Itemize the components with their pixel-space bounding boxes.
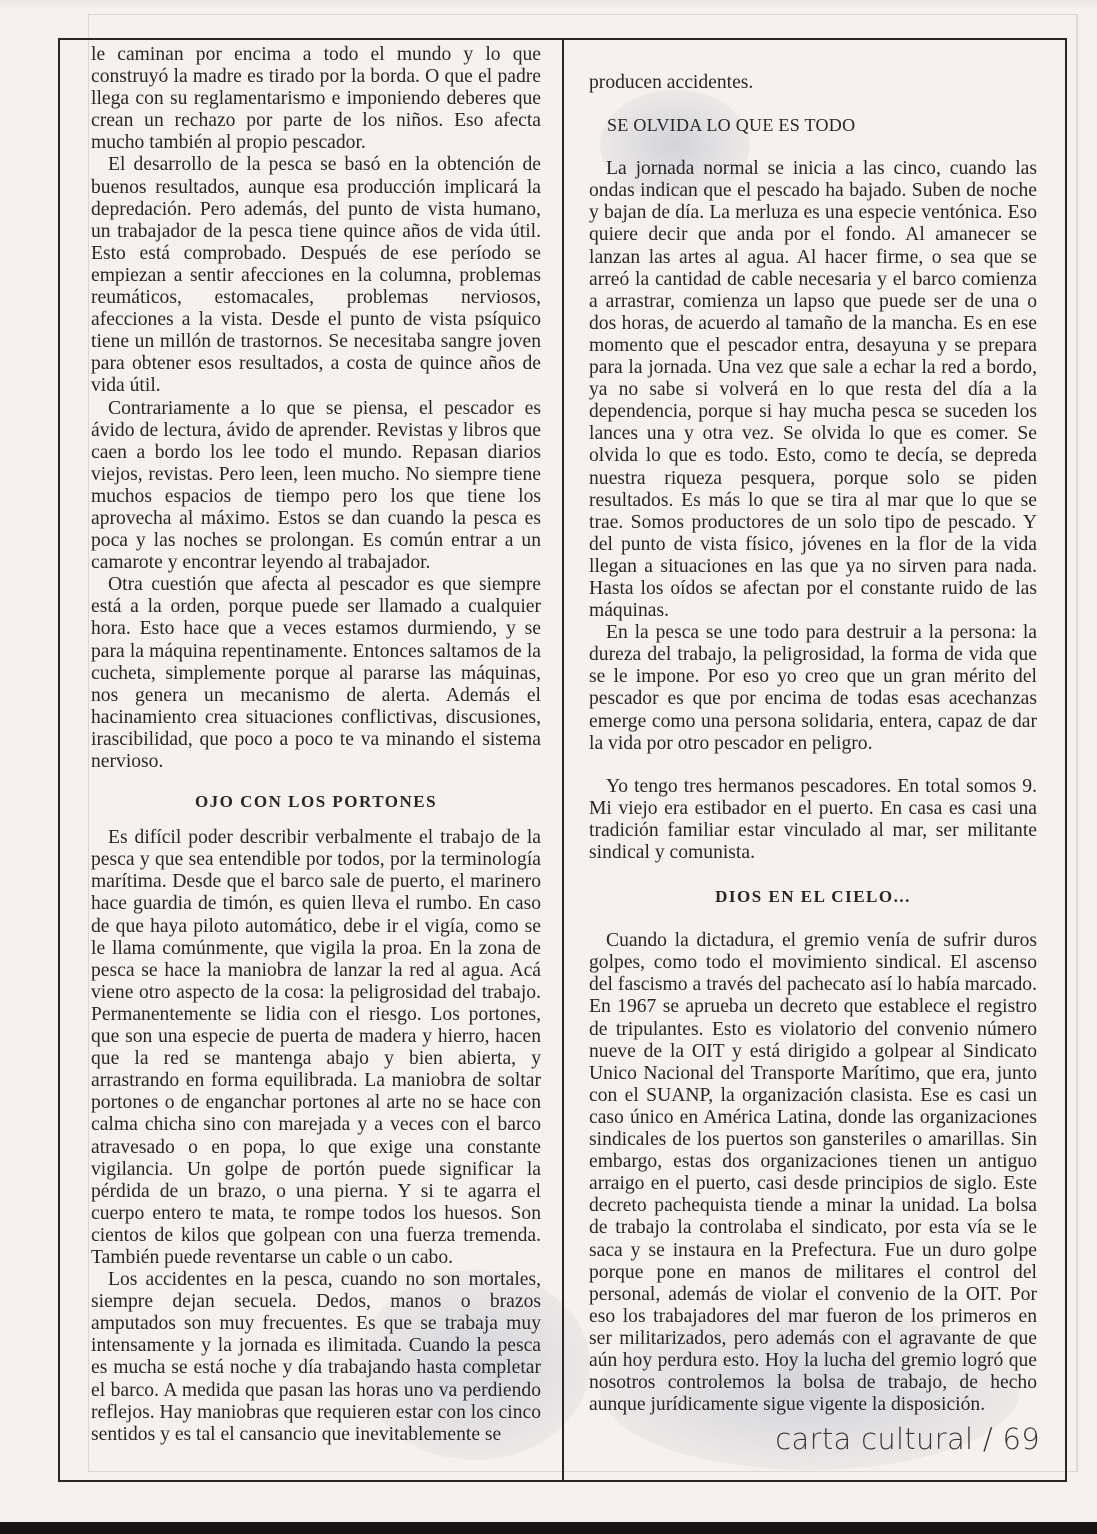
page-footer: carta cultural / 69 [770,1422,1040,1456]
paragraph: La jornada normal se inicia a las cinco,… [589,158,1037,622]
paragraph: Cuando la dictadura, el gremio venía de … [589,930,1037,1416]
paragraph: producen accidentes. [589,72,1037,94]
paragraph: En la pesca se une todo para destruir a … [589,622,1037,755]
paragraph: Es difícil poder describir verbalmente e… [91,827,541,1269]
section-heading: OJO CON LOS PORTONES [91,791,541,813]
paragraph: Otra cuestión que afecta al pescador es … [91,574,541,773]
right-column: producen accidentes. SE OLVIDA LO QUE ES… [589,38,1037,1416]
paragraph: Yo tengo tres hermanos pescadores. En to… [589,776,1037,864]
bleed-through-edge [1076,14,1097,1472]
section-heading: SE OLVIDA LO QUE ES TODO [589,114,1037,136]
section-heading: DIOS EN EL CIELO... [589,886,1037,908]
paragraph: Los accidentes en la pesca, cuando no so… [91,1269,541,1446]
spacer [589,755,1037,776]
page-top-shadow [0,0,1097,10]
column-divider [562,38,564,1482]
paragraph: Contrariamente a lo que se piensa, el pe… [91,398,541,575]
scan-edge [0,1522,1097,1534]
paragraph: El desarrollo de la pesca se basó en la … [91,154,541,397]
paragraph: le caminan por encima a todo el mundo y … [91,44,541,154]
left-column: le caminan por encima a todo el mundo y … [91,38,541,1446]
